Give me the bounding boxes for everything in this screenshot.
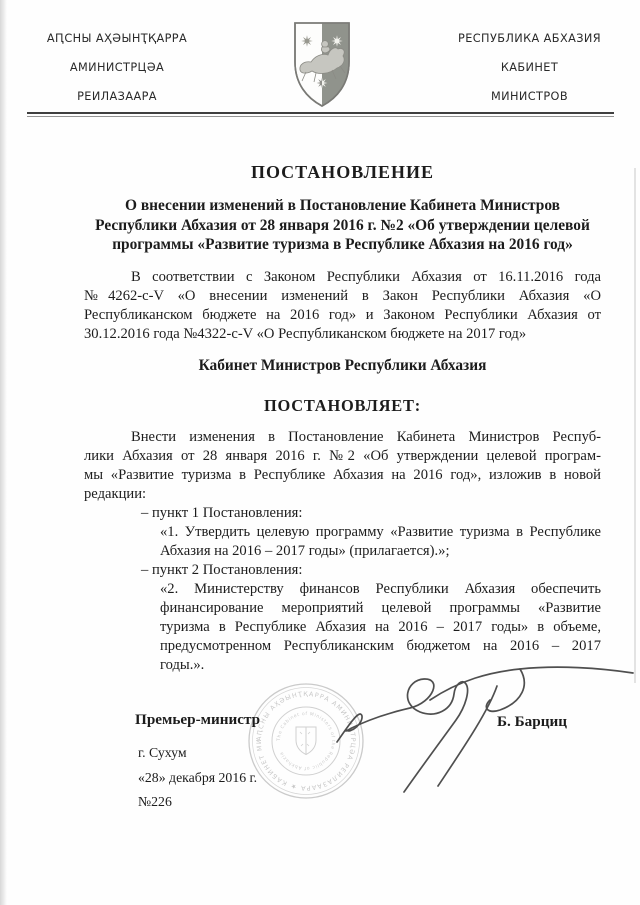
text-line: «2. Министерству финансов Республики Абх… (160, 580, 601, 599)
text-line: МИНИСТРОВ (437, 82, 622, 111)
scan-edge-right (634, 168, 636, 683)
decree-subject: О внесении изменений в Постановление Каб… (84, 196, 601, 255)
signature-scribble-icon (330, 648, 640, 803)
resolves-line: ПОСТАНОВЛЯЕТ: (84, 396, 601, 415)
text-line: В соответствии с Законом Республики Абха… (84, 268, 601, 287)
text-line: О внесении изменений в Постановление Каб… (84, 196, 601, 216)
text-line: «1. Утвердить целевую программу «Развити… (160, 523, 601, 542)
text-line: АМИНИСТРЦӘА (26, 53, 208, 82)
date-line: «28» декабря 2016 г. (138, 766, 257, 791)
letterhead-rule (27, 112, 614, 117)
decree-body: ПОСТАНОВЛЕНИЕ О внесении изменений в Пос… (84, 163, 601, 675)
amendment-paragraph: Внести изменения в Постановление Кабинет… (84, 428, 601, 504)
text-line: финансирование мероприятий целевой прогр… (160, 599, 601, 618)
item-2-label: – пункт 2 Постановления: (84, 561, 601, 580)
issuing-body-line: Кабинет Министров Республики Абхазия (84, 356, 601, 375)
item-1-label: – пункт 1 Постановления: (84, 504, 601, 523)
text-line: мы «Развитие туризма в Республике Абхази… (84, 466, 601, 485)
legal-basis-paragraph: В соответствии с Законом Республики Абха… (84, 268, 601, 344)
text-line: программы «Развитие туризма в Республике… (84, 235, 601, 255)
text-line: РЕСПУБЛИКА АБХАЗИЯ (437, 24, 622, 53)
text-line: лики Абхазия от 28 января 2016 г. №2 «Об… (84, 447, 601, 466)
decree-title: ПОСТАНОВЛЕНИЕ (84, 163, 601, 182)
scan-edge-left (0, 0, 7, 905)
text-line: АԤСНЫ АҲӘЫНҬҚАРРА (26, 24, 208, 53)
text-line: РЕИЛАЗААРА (26, 82, 208, 111)
place-line: г. Сухум (138, 741, 257, 766)
signatory-name: Б. Барциц (497, 713, 567, 731)
signatory-post: Премьер-министр (135, 711, 260, 729)
place-date-number-block: г. Сухум «28» декабря 2016 г. №226 (138, 741, 257, 815)
text-line: Внести изменения в Постановление Кабинет… (84, 428, 601, 447)
letterhead-abkhazian: АԤСНЫ АҲӘЫНҬҚАРРААМИНИСТРЦӘАРЕИЛАЗААРА (26, 24, 208, 111)
text-line: Республики Абхазия от 28 января 2016 г. … (84, 216, 601, 236)
letterhead-russian: РЕСПУБЛИКА АБХАЗИЯКАБИНЕТМИНИСТРОВ (437, 24, 622, 111)
coat-of-arms-icon (292, 20, 352, 115)
decree-document-page: АԤСНЫ АҲӘЫНҬҚАРРААМИНИСТРЦӘАРЕИЛАЗААРА Р (0, 0, 640, 905)
text-line: редакции: (84, 485, 601, 504)
text-line: Абхазия на 2016 – 2017 годы» (прилагаетс… (160, 542, 601, 561)
text-line: КАБИНЕТ (437, 53, 622, 82)
text-line: туризма в Республике Абхазия на 2016 – 2… (160, 618, 601, 637)
number-line: №226 (138, 790, 257, 815)
text-line: 30.12.2016 года №4322-с-V «О Республикан… (84, 325, 601, 344)
text-line: Республиканском бюджете на 2016 год» и З… (84, 306, 601, 325)
text-line: №4262-с-V «О внесении изменений в Закон … (84, 287, 601, 306)
item-1-text: «1. Утвердить целевую программу «Развити… (160, 523, 601, 561)
